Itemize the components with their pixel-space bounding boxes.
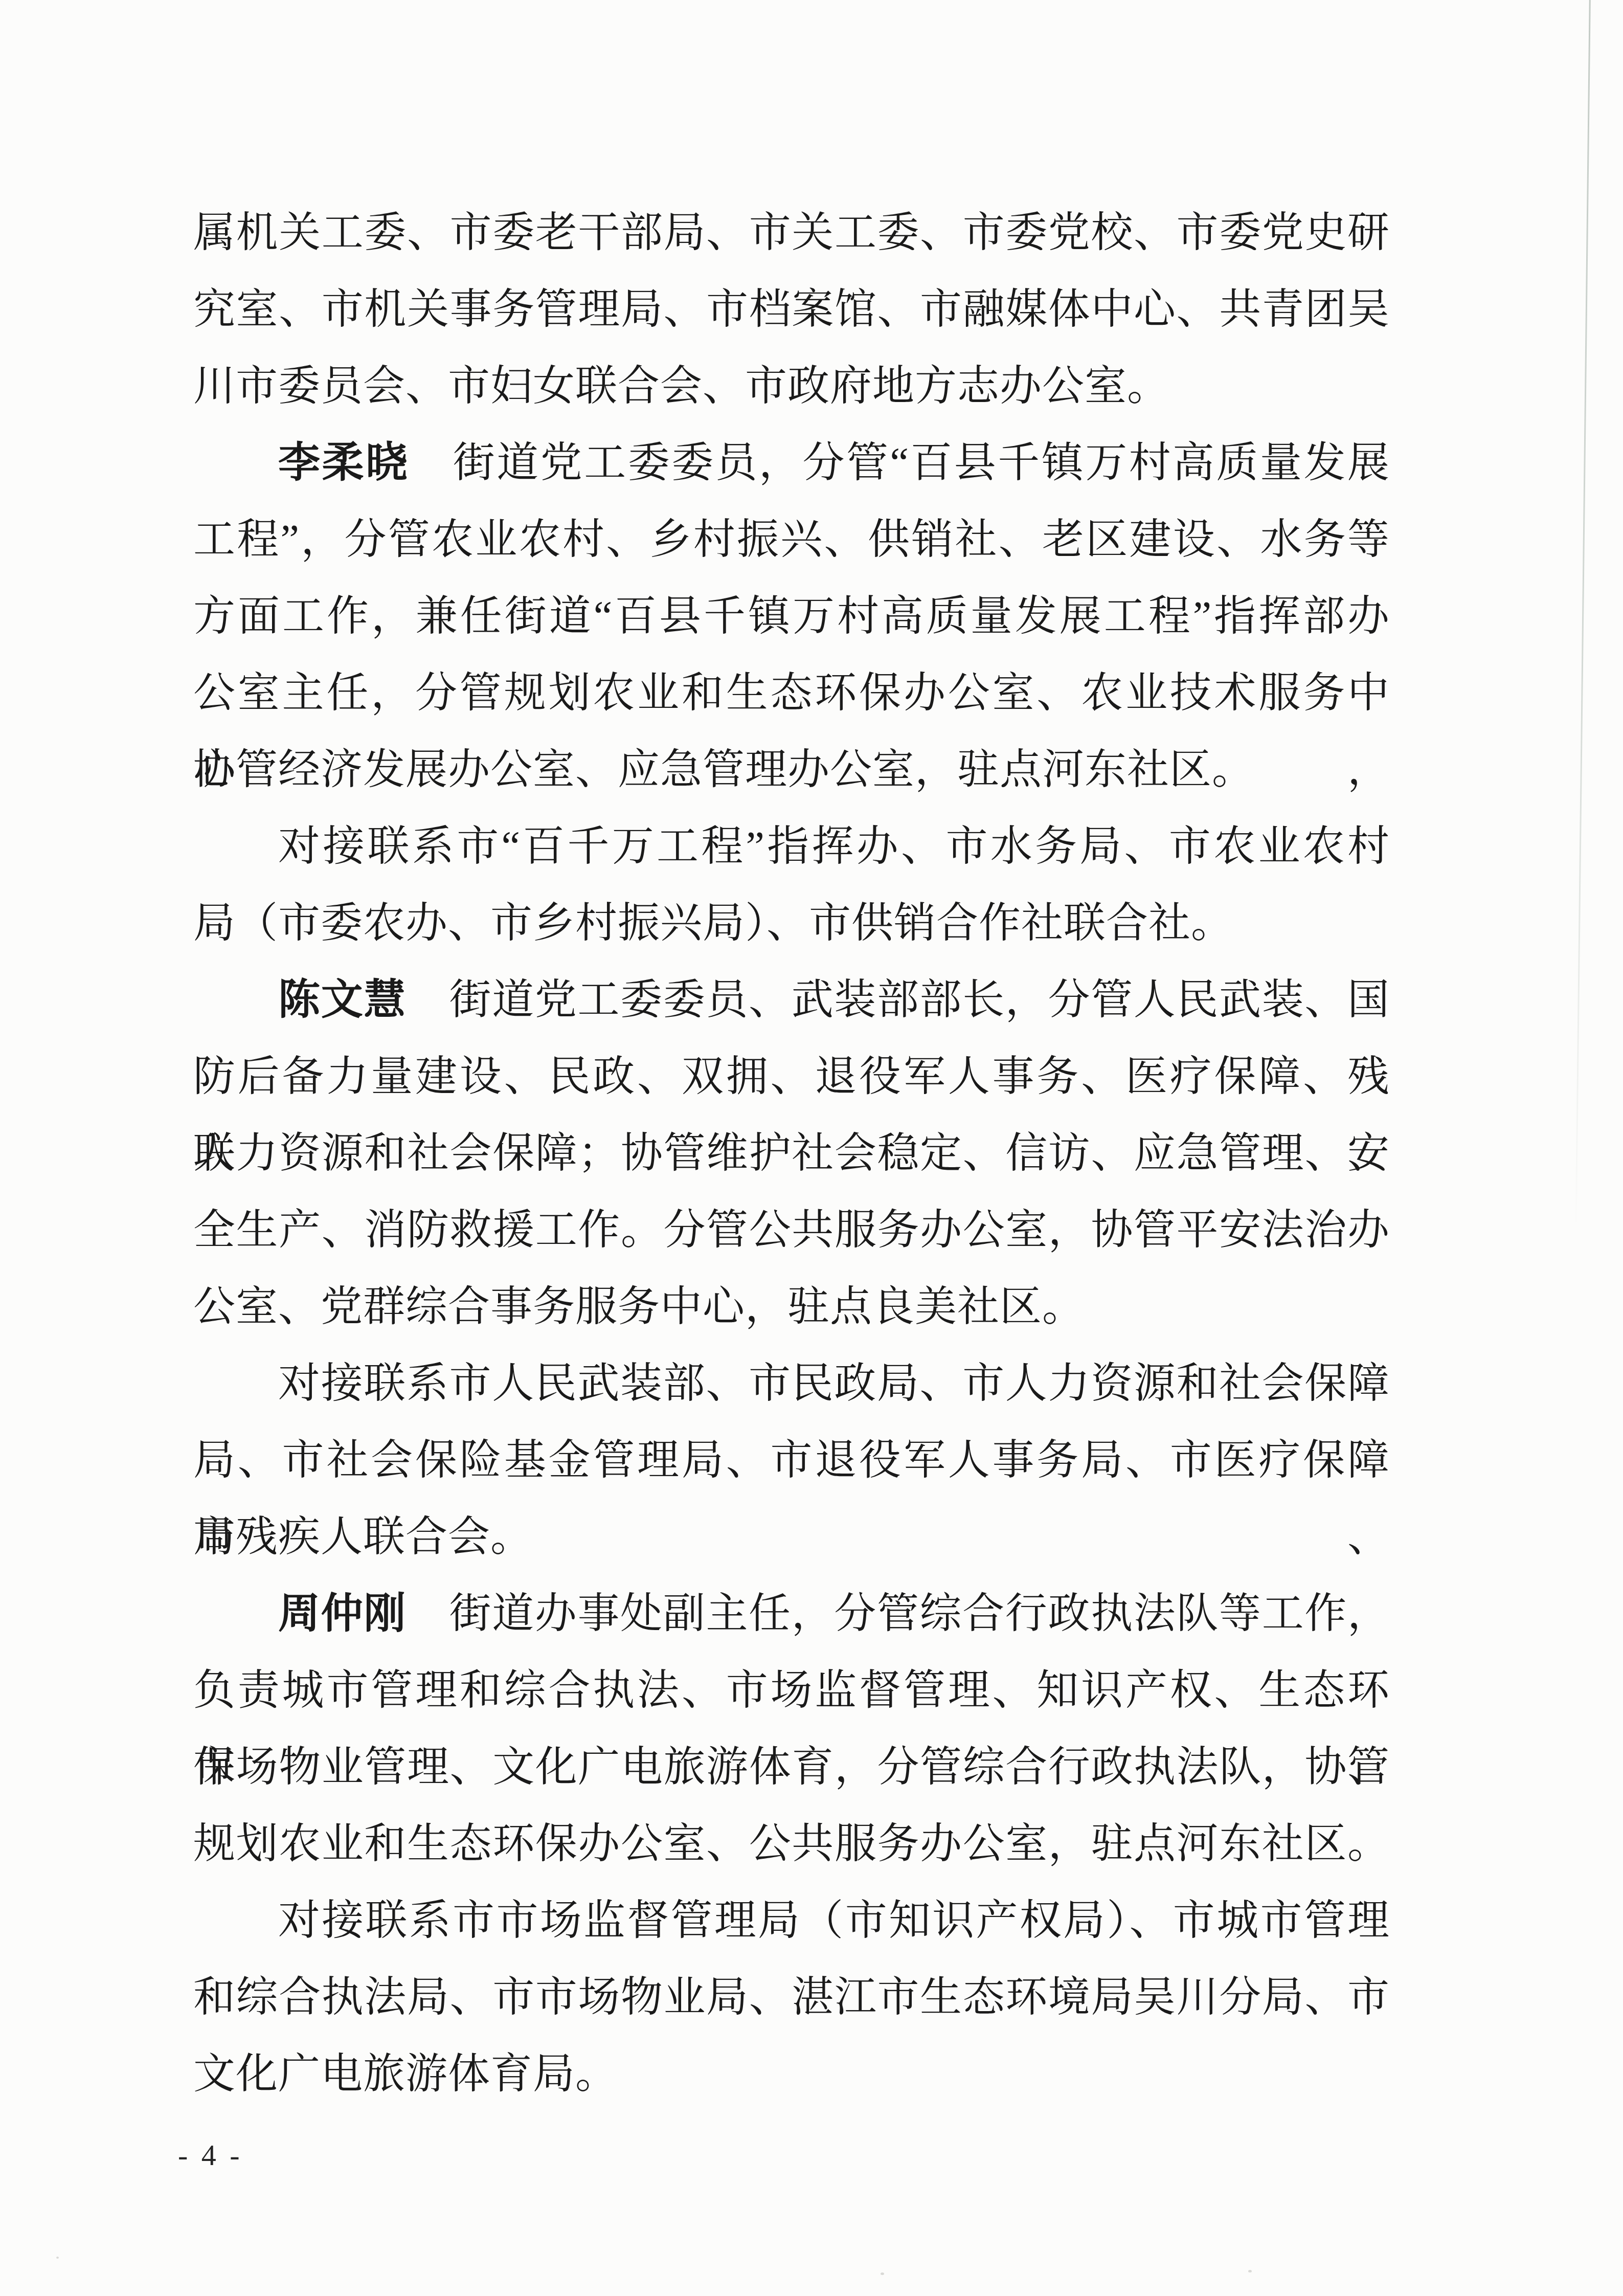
text-line: 公室主任，分管规划农业和生态环保办公室、农业技术服务中心， <box>193 655 1390 731</box>
text-line: 方面工作，兼任街道“百县千镇万村高质量发展工程”指挥部办 <box>193 578 1390 655</box>
text-line: 局（市委农办、市乡村振兴局）、市供销合作社联合社。 <box>193 885 1390 962</box>
document-body: 属机关工委、市委老干部局、市关工委、市委党校、市委党史研究室、市机关事务管理局、… <box>193 194 1390 2112</box>
text-segment: 对接联系市“百千万工程”指挥办、市水务局、市农业农村 <box>278 823 1390 870</box>
text-segment: 人力资源和社会保障；协管维护社会稳定、信访、应急管理、安 <box>193 1130 1390 1176</box>
text-segment: 全生产、消防救援工作。分管公共服务办公室，协管平安法治办 <box>193 1207 1390 1253</box>
text-line: 市场物业管理、文化广电旅游体育，分管综合行政执法队，协管 <box>193 1729 1390 1805</box>
text-line: 局、市社会保险基金管理局、市退役军人事务局、市医疗保障局、 <box>193 1422 1390 1499</box>
text-line: 全生产、消防救援工作。分管公共服务办公室，协管平安法治办 <box>193 1192 1390 1268</box>
text-segment: 市场物业管理、文化广电旅游体育，分管综合行政执法队，协管 <box>193 1744 1390 1790</box>
text-line: 对接联系市人民武装部、市民政局、市人力资源和社会保障 <box>193 1345 1390 1422</box>
scan-speck <box>56 2257 59 2259</box>
text-line: 负责城市管理和综合执法、市场监督管理、知识产权、生态环保、 <box>193 1652 1390 1729</box>
text-line: 协管经济发展办公室、应急管理办公室，驻点河东社区。 <box>193 731 1390 808</box>
text-segment: 市残疾人联合会。 <box>193 1513 533 1560</box>
text-segment: 局（市委农办、市乡村振兴局）、市供销合作社联合社。 <box>193 900 1233 946</box>
person-name: 周仲刚 <box>278 1590 407 1637</box>
text-line: 防后备力量建设、民政、双拥、退役军人事务、医疗保障、残联、 <box>193 1038 1390 1115</box>
text-segment: 街道党工委委员，分管“百县千镇万村高质量发展 <box>409 439 1390 486</box>
text-segment: 方面工作，兼任街道“百县千镇万村高质量发展工程”指挥部办 <box>193 593 1390 639</box>
text-segment: 公室、党群综合事务服务中心，驻点良美社区。 <box>193 1283 1085 1330</box>
text-line: 人力资源和社会保障；协管维护社会稳定、信访、应急管理、安 <box>193 1115 1390 1192</box>
text-segment: 属机关工委、市委老干部局、市关工委、市委党校、市委党史研 <box>193 209 1390 256</box>
text-line: 属机关工委、市委老干部局、市关工委、市委党校、市委党史研 <box>193 194 1390 271</box>
page-number: - 4 - <box>178 2138 243 2172</box>
text-line: 川市委员会、市妇女联合会、市政府地方志办公室。 <box>193 348 1390 425</box>
text-line: 工程”，分管农业农村、乡村振兴、供销社、老区建设、水务等 <box>193 501 1390 578</box>
text-line: 规划农业和生态环保办公室、公共服务办公室，驻点河东社区。 <box>193 1805 1390 1882</box>
scan-artifact-line <box>1575 0 1591 1233</box>
person-name: 陈文慧 <box>278 976 407 1023</box>
text-segment: 文化广电旅游体育局。 <box>193 2050 618 2097</box>
scanned-document-page: 属机关工委、市委老干部局、市关工委、市委党校、市委党史研究室、市机关事务管理局、… <box>0 0 1623 2296</box>
scan-speck <box>1248 2270 1252 2272</box>
text-line: 公室、党群综合事务服务中心，驻点良美社区。 <box>193 1268 1390 1345</box>
text-segment: 川市委员会、市妇女联合会、市政府地方志办公室。 <box>193 363 1169 409</box>
text-line: 对接联系市市场监督管理局（市知识产权局）、市城市管理 <box>193 1882 1390 1959</box>
text-segment: 和综合执法局、市市场物业局、湛江市生态环境局吴川分局、市 <box>193 1974 1390 2020</box>
text-line: 和综合执法局、市市场物业局、湛江市生态环境局吴川分局、市 <box>193 1959 1390 2036</box>
text-segment: 对接联系市市场监督管理局（市知识产权局）、市城市管理 <box>278 1897 1390 1944</box>
text-line: 究室、市机关事务管理局、市档案馆、市融媒体中心、共青团吴 <box>193 271 1390 348</box>
text-segment: 协管经济发展办公室、应急管理办公室，驻点河东社区。 <box>193 746 1254 793</box>
text-line: 对接联系市“百千万工程”指挥办、市水务局、市农业农村 <box>193 808 1390 885</box>
text-segment: 究室、市机关事务管理局、市档案馆、市融媒体中心、共青团吴 <box>193 286 1390 332</box>
text-line: 周仲刚 街道办事处副主任，分管综合行政执法队等工作， <box>193 1575 1390 1652</box>
text-segment: 街道办事处副主任，分管综合行政执法队等工作， <box>407 1590 1390 1637</box>
text-line: 李柔晓 街道党工委委员，分管“百县千镇万村高质量发展 <box>193 425 1390 501</box>
text-segment: 规划农业和生态环保办公室、公共服务办公室，驻点河东社区。 <box>193 1820 1390 1867</box>
person-name: 李柔晓 <box>278 439 409 486</box>
text-segment: 工程”，分管农业农村、乡村振兴、供销社、老区建设、水务等 <box>193 516 1390 563</box>
scan-speck <box>881 2272 884 2275</box>
text-segment: 对接联系市人民武装部、市民政局、市人力资源和社会保障 <box>278 1360 1390 1407</box>
text-segment: 街道党工委委员、武装部部长，分管人民武装、国 <box>407 976 1390 1023</box>
text-line: 陈文慧 街道党工委委员、武装部部长，分管人民武装、国 <box>193 962 1390 1038</box>
text-line: 文化广电旅游体育局。 <box>193 2036 1390 2112</box>
